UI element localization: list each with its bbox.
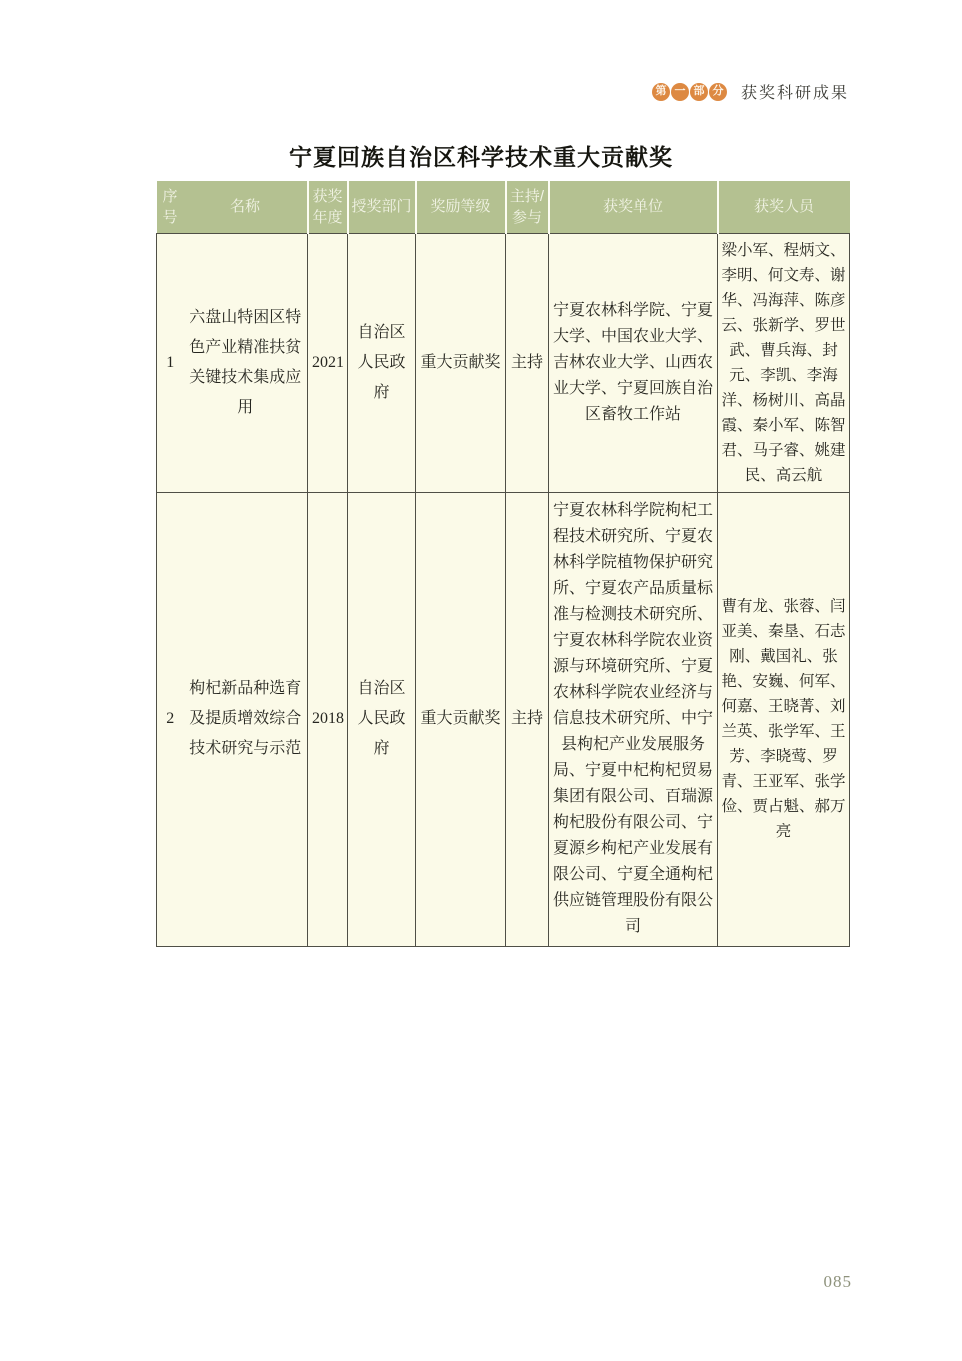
cell-index: 1 — [157, 233, 184, 492]
cell-department: 自治区人民政府 — [348, 492, 416, 946]
column-header-role: 主持/参与 — [506, 181, 549, 233]
cell-department: 自治区人民政府 — [348, 233, 416, 492]
cell-index: 2 — [157, 492, 184, 946]
cell-award-level: 重大贡献奖 — [416, 492, 506, 946]
table-row: 2 枸杞新品种选育及提质增效综合技术研究与示范 2018 自治区人民政府 重大贡… — [157, 492, 850, 946]
table-header-row: 序号 名称 获奖年度 授奖部门 奖励等级 主持/参与 获奖单位 获奖人员 — [157, 181, 850, 233]
badge-char-icon: 分 — [709, 83, 727, 101]
column-header-name: 名称 — [184, 181, 308, 233]
column-header-index: 序号 — [157, 181, 184, 233]
column-header-organizations: 获奖单位 — [549, 181, 718, 233]
running-header: 第 一 部 分 获奖科研成果 — [652, 80, 849, 103]
section-badge: 第 一 部 分 — [652, 83, 727, 101]
column-header-year: 获奖年度 — [308, 181, 348, 233]
page-number: 085 — [824, 1272, 853, 1292]
cell-people: 梁小军、程炳文、李明、何文寿、谢华、冯海萍、陈彦云、张新学、罗世武、曹兵海、封元… — [718, 233, 850, 492]
section-title: 获奖科研成果 — [741, 80, 849, 103]
column-header-people: 获奖人员 — [718, 181, 850, 233]
column-header-award-level: 奖励等级 — [416, 181, 506, 233]
badge-char-icon: 第 — [652, 83, 670, 101]
cell-name: 六盘山特困区特色产业精准扶贫关键技术集成应用 — [184, 233, 308, 492]
table-title: 宁夏回族自治区科学技术重大贡献奖 — [0, 139, 962, 172]
cell-year: 2018 — [308, 492, 348, 946]
table-row: 1 六盘山特困区特色产业精准扶贫关键技术集成应用 2021 自治区人民政府 重大… — [157, 233, 850, 492]
awards-table: 序号 名称 获奖年度 授奖部门 奖励等级 主持/参与 获奖单位 获奖人员 1 六… — [156, 181, 850, 947]
cell-year: 2021 — [308, 233, 348, 492]
document-page: 第 一 部 分 获奖科研成果 宁夏回族自治区科学技术重大贡献奖 序号 名称 获奖… — [0, 0, 962, 1361]
badge-char-icon: 一 — [671, 83, 689, 101]
cell-role: 主持 — [506, 233, 549, 492]
cell-name: 枸杞新品种选育及提质增效综合技术研究与示范 — [184, 492, 308, 946]
cell-role: 主持 — [506, 492, 549, 946]
cell-award-level: 重大贡献奖 — [416, 233, 506, 492]
cell-organizations: 宁夏农林科学院、宁夏大学、中国农业大学、吉林农业大学、山西农业大学、宁夏回族自治… — [549, 233, 718, 492]
column-header-department: 授奖部门 — [348, 181, 416, 233]
cell-organizations: 宁夏农林科学院枸杞工程技术研究所、宁夏农林科学院植物保护研究所、宁夏农产品质量标… — [549, 492, 718, 946]
cell-people: 曹有龙、张蓉、闫亚美、秦垦、石志刚、戴国礼、张艳、安巍、何军、何嘉、王晓菁、刘兰… — [718, 492, 850, 946]
badge-char-icon: 部 — [690, 83, 708, 101]
